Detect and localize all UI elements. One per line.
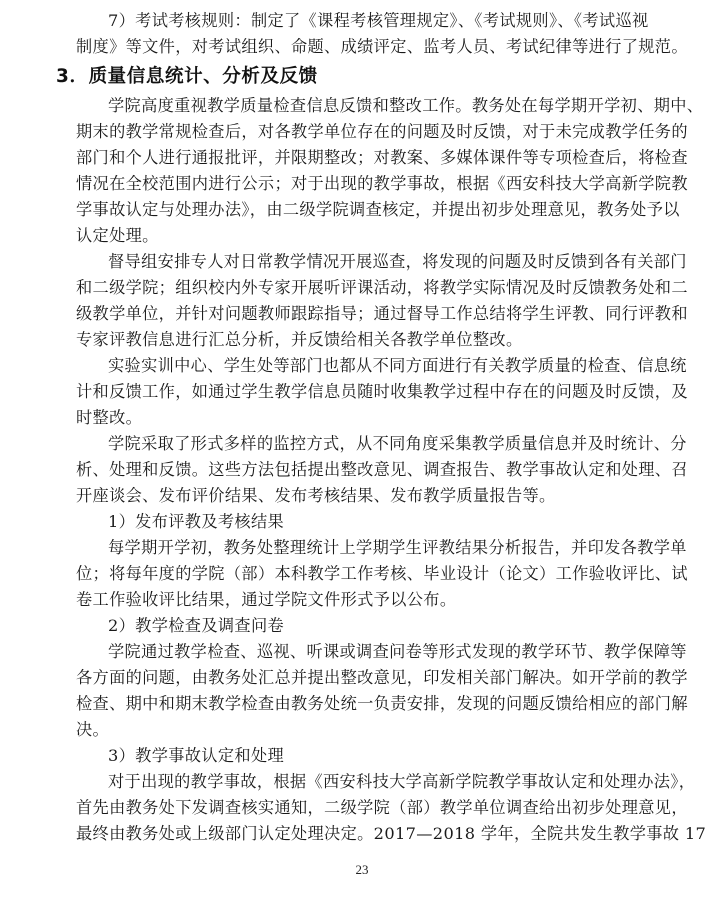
sub3-line-1: 对于出现的教学事故，根据《西安科技大学高新学院教学事故认定和处理办法》， — [108, 769, 695, 795]
para3-line-2: 计和反馈工作，如通过学生教学信息员随时收集教学过程中存在的问题及时反馈，及 — [76, 379, 688, 405]
para1-line-2: 期末的教学常规检查后，对各教学单位存在的问题及时反馈，对于未完成教学任务的 — [76, 119, 688, 145]
para2-line-1: 督导组安排专人对日常教学情况开展巡查，将发现的问题及时反馈到各有关部门 — [108, 249, 687, 275]
para4-line-1: 学院采取了形式多样的监控方式，从不同角度采集教学质量信息并及时统计、分 — [108, 431, 687, 457]
sub2-line-4: 决。 — [76, 717, 109, 743]
item7-line-1: 7）考试考核规则：制定了《课程考核管理规定》、《考试规则》、《考试巡视 — [108, 8, 649, 34]
para4-line-3: 开座谈会、发布评价结果、发布考核结果、发布教学质量报告等。 — [76, 483, 556, 509]
para1-line-6: 认定处理。 — [76, 223, 159, 249]
para1-line-1: 学院高度重视教学质量检查信息反馈和整改工作。教务处在每学期开学初、期中、 — [108, 93, 703, 119]
page-number: 23 — [0, 862, 724, 878]
para2-line-2: 和二级学院；组织校内外专家开展听评课活动，将教学实际情况及时反馈教务处和二 — [76, 275, 688, 301]
sub2-line-1: 学院通过教学检查、巡视、听课或调查问卷等形式发现的教学环节、教学保障等 — [108, 639, 687, 665]
section-heading: 3．质量信息统计、分析及反馈 — [56, 62, 318, 92]
sub1-line-1: 每学期开学初，教务处整理统计上学期学生评教结果分析报告，并印发各教学单 — [108, 535, 687, 561]
item7-line-2: 制度》等文件，对考试组织、命题、成绩评定、监考人员、考试纪律等进行了规范。 — [76, 34, 688, 60]
sub1-line-3: 卷工作验收评比结果，通过学院文件形式予以公布。 — [76, 587, 456, 613]
sub1-title: 1）发布评教及考核结果 — [108, 509, 284, 535]
sub2-line-3: 检查、期中和期末教学检查由教务处统一负责安排，发现的问题反馈给相应的部门解 — [76, 691, 688, 717]
para3-line-3: 时整改。 — [76, 405, 142, 431]
para1-line-3: 部门和个人进行通报批评，并限期整改；对教案、多媒体课件等专项检查后，将检查 — [76, 145, 688, 171]
para2-line-3: 级教学单位，并针对问题教师跟踪指导；通过督导工作总结将学生评教、同行评教和 — [76, 301, 688, 327]
sub2-line-2: 各方面的问题，由教务处汇总并提出整改意见，印发相关部门解决。如开学前的教学 — [76, 665, 688, 691]
sub1-line-2: 位；将每年度的学院（部）本科教学工作考核、毕业设计（论文）工作验收评比、试 — [76, 561, 688, 587]
sub3-line-2: 首先由教务处下发调查核实通知，二级学院（部）教学单位调查给出初步处理意见， — [76, 795, 688, 821]
para1-line-4: 情况在全校范围内进行公示；对于出现的教学事故，根据《西安科技大学高新学院教 — [76, 171, 688, 197]
sub3-title: 3）教学事故认定和处理 — [108, 743, 284, 769]
sub3-line-3: 最终由教务处或上级部门认定处理决定。2017—2018 学年，全院共发生教学事故… — [76, 821, 706, 847]
para3-line-1: 实验实训中心、学生处等部门也都从不同方面进行有关教学质量的检查、信息统 — [108, 353, 687, 379]
para2-line-4: 专家评教信息进行汇总分析，并反馈给相关各教学单位整改。 — [76, 327, 523, 353]
sub2-title: 2）教学检查及调查问卷 — [108, 613, 284, 639]
para4-line-2: 析、处理和反馈。这些方法包括提出整改意见、调查报告、教学事故认定和处理、召 — [76, 457, 688, 483]
para1-line-5: 学事故认定与处理办法》，由二级学院调查核定，并提出初步处理意见，教务处予以 — [76, 197, 680, 223]
